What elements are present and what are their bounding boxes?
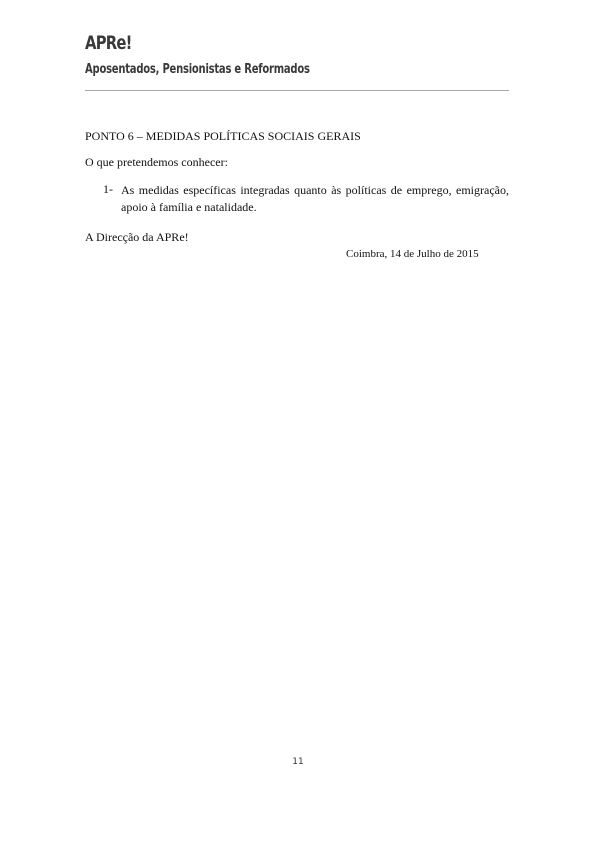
- place-date: Coimbra, 14 de Julho de 2015: [346, 248, 479, 260]
- header-divider: [85, 90, 509, 91]
- page-number: 11: [0, 757, 596, 767]
- list-item-text: As medidas específicas integradas quanto…: [121, 182, 509, 216]
- section-heading: PONTO 6 – MEDIDAS POLÍTICAS SOCIAIS GERA…: [85, 129, 361, 144]
- header-title: APRe!: [85, 32, 132, 54]
- intro-text: O que pretendemos conhecer:: [85, 155, 228, 170]
- signature: A Direcção da APRe!: [85, 230, 189, 245]
- header-subtitle: Aposentados, Pensionistas e Reformados: [85, 61, 310, 77]
- document-page: APRe! Aposentados, Pensionistas e Reform…: [0, 0, 596, 842]
- list-item-number: 1-: [103, 182, 113, 197]
